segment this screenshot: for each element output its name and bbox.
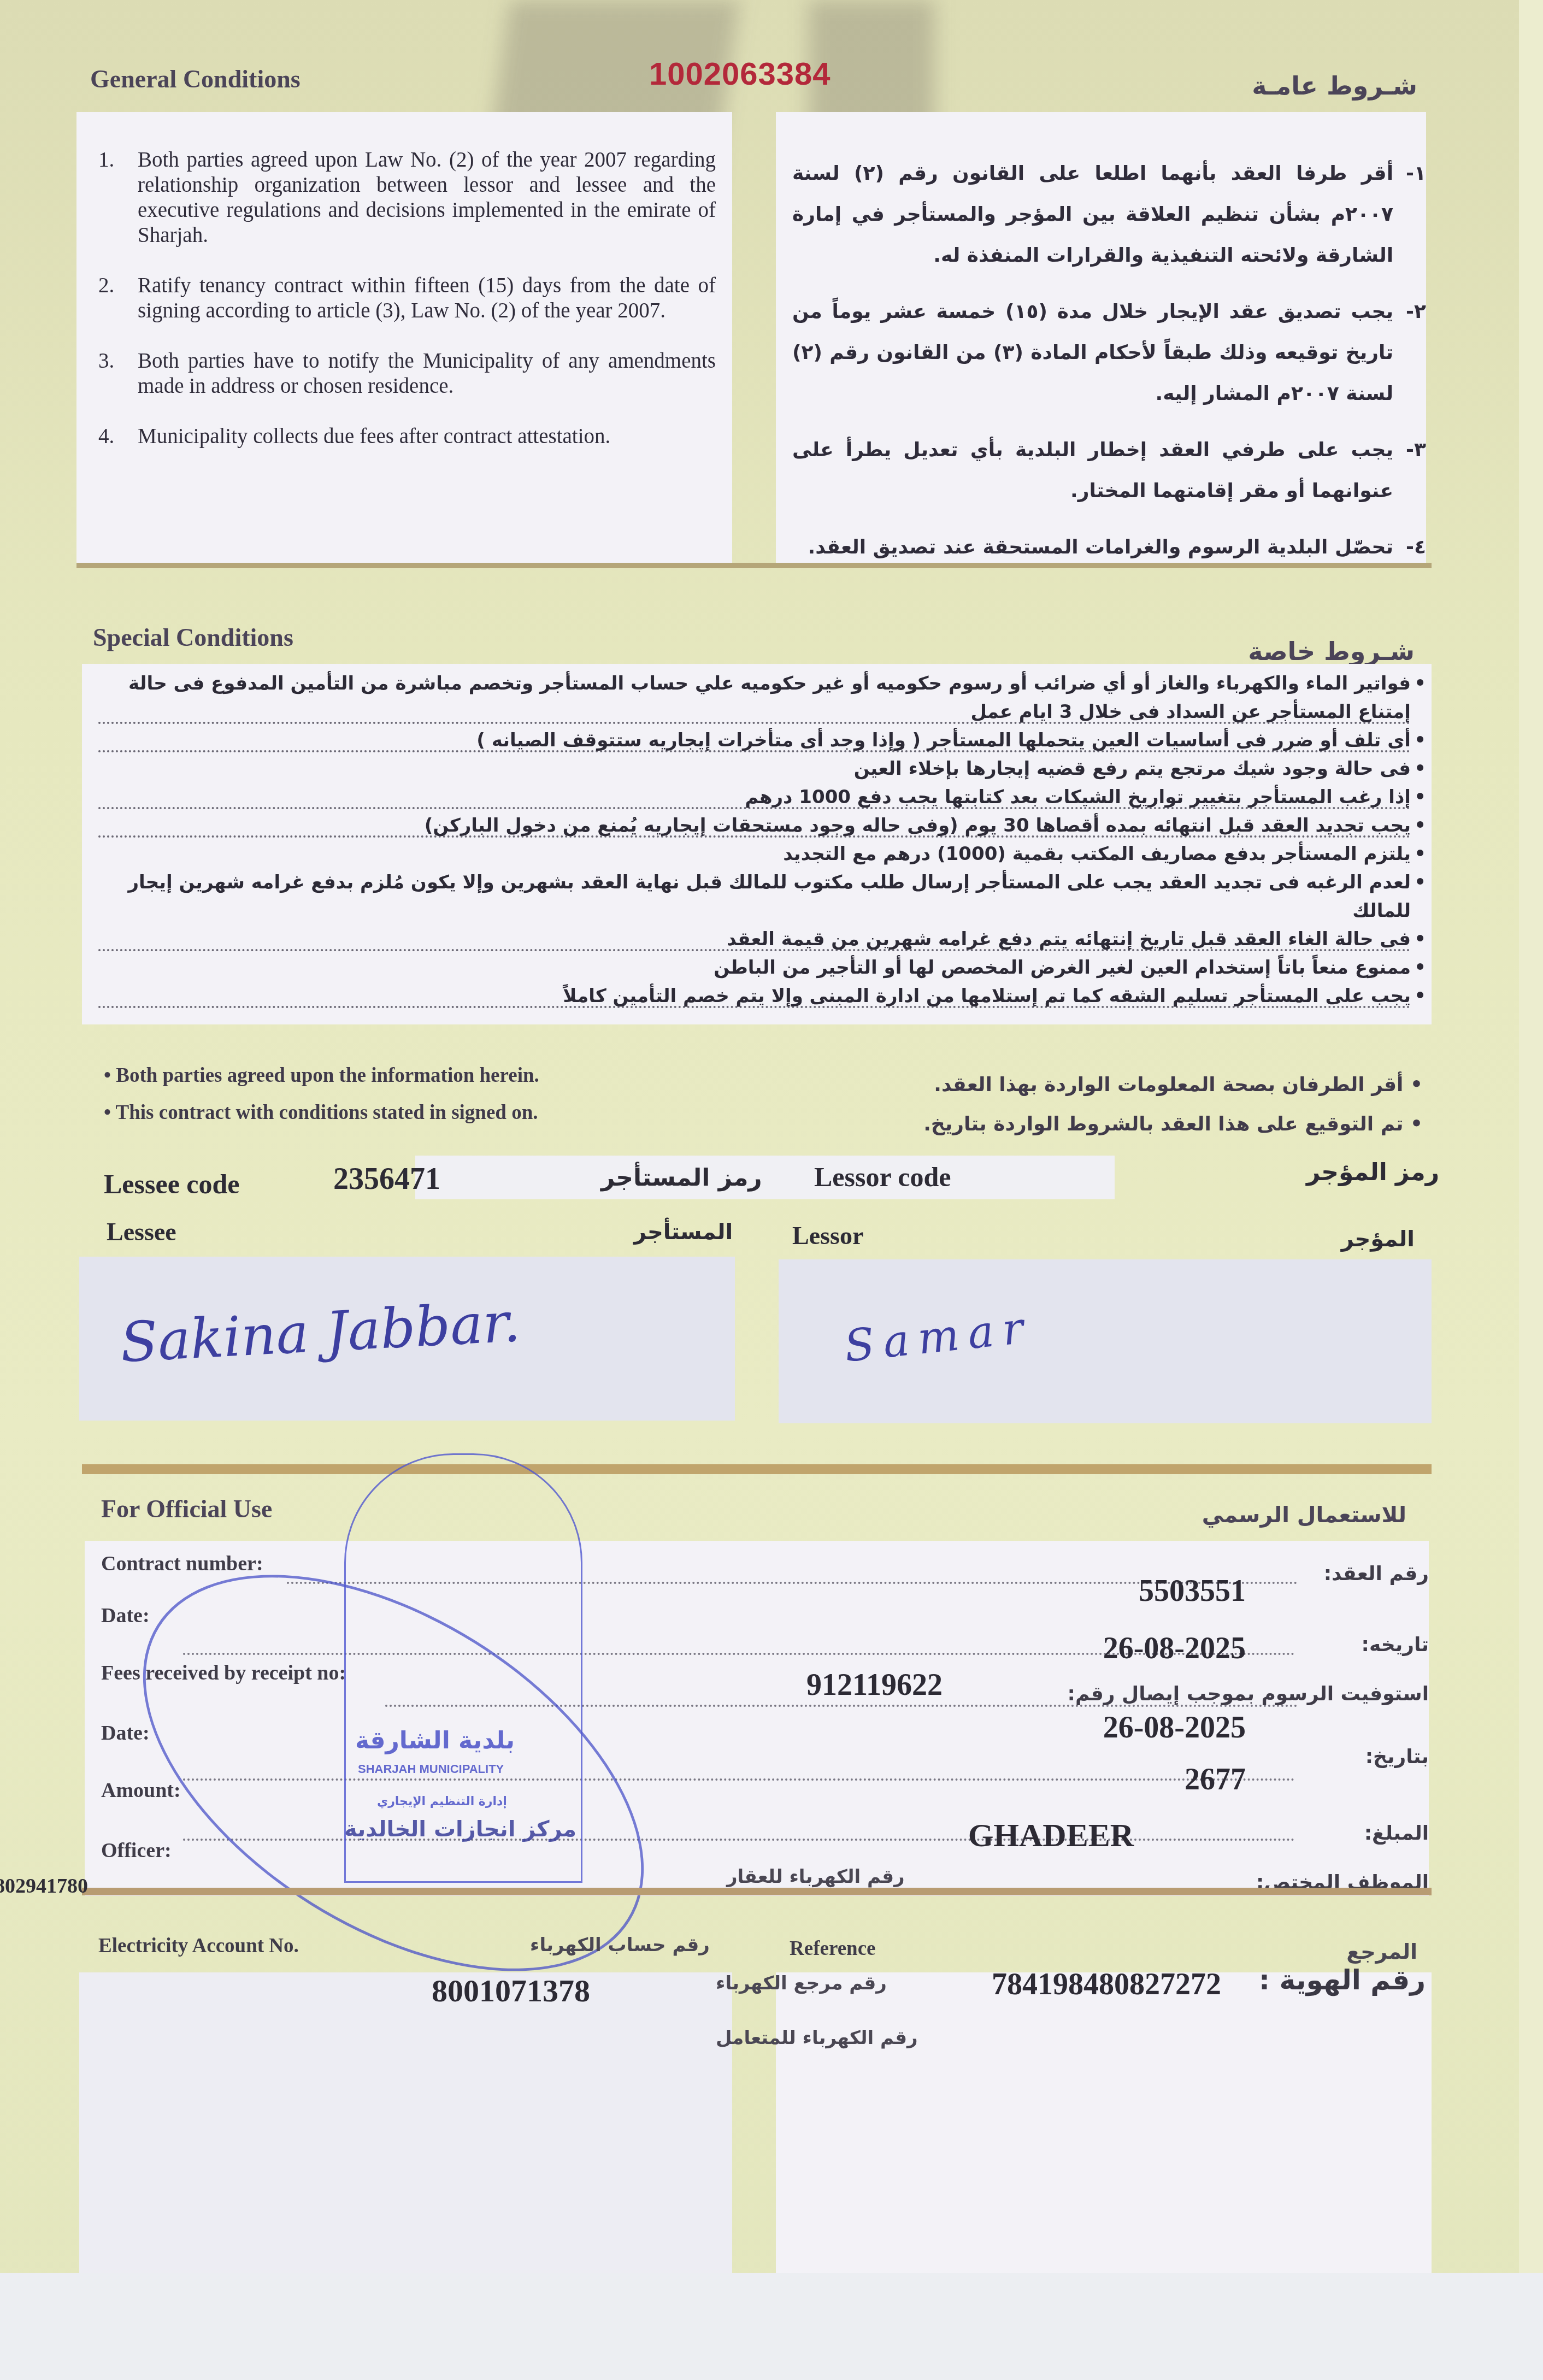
lessee-label: Lessee <box>107 1217 176 1246</box>
id-label-ar: رقم الهوية : <box>1259 1964 1426 1996</box>
agreement-statements-en: • Both parties agreed upon the informati… <box>104 1057 539 1132</box>
special-conditions-title: Special Conditions <box>93 623 293 652</box>
reference-number-label-ar: رقم مرجع الكهرباء <box>716 1972 887 1994</box>
special-condition-item: فى حالة وجود شيك مرتجع يتم رفع قضيه إيجا… <box>98 755 1426 783</box>
general-conditions-ar-list: ١-أقر طرفا العقد بأنهما اطلعا على القانو… <box>792 153 1426 583</box>
agreement-statements-ar: • أقر الطرفان بصحة المعلومات الواردة بهذ… <box>923 1065 1423 1144</box>
electricity-account-label-ar: رقم حساب الكهرباء <box>530 1934 710 1956</box>
lessor-code-label-ar: رمز المؤجر <box>1306 1158 1439 1186</box>
electricity-account-box <box>79 1972 732 2273</box>
lessee-code-label: Lessee code <box>104 1168 240 1200</box>
stamp-text: بلدية الشارقة <box>355 1727 515 1754</box>
general-conditions-title: General Conditions <box>90 64 301 93</box>
special-conditions-list: فواتير الماء والكهرباء والغاز أو أي ضرائ… <box>98 669 1426 1010</box>
special-condition-item: يجب تجديد العقد قبل انتهائه بمده أقصاها … <box>98 811 1426 838</box>
stamp-text: SHARJAH MUNICIPALITY <box>358 1762 504 1776</box>
lessee-code-value: 2356471 <box>333 1162 440 1197</box>
lessee-code-label-ar: رمز المستأجر <box>601 1164 762 1192</box>
condition-item: 2.Ratify tenancy contract within fifteen… <box>98 273 716 323</box>
special-condition-item: أى تلف أو ضرر فى أساسيات العين يتحملها ا… <box>98 726 1426 752</box>
lessor-code-label: Lessor code <box>814 1161 951 1193</box>
stamp-text: إدارة التنظيم الإيجاري <box>377 1795 507 1808</box>
property-number-side: 802941780 <box>0 1874 88 1898</box>
general-conditions-en-list: 1.Both parties agreed upon Law No. (2) o… <box>98 148 716 474</box>
condition-item: 3.Both parties have to notify the Munici… <box>98 349 716 399</box>
condition-item-ar: ٢-يجب تصديق عقد الإيجار خلال مدة (١٥) خم… <box>792 291 1426 414</box>
special-condition-item: يلتزم المستأجر بدفع مصاريف المكتب بقمية … <box>98 840 1426 868</box>
special-condition-item: يجب على المستأجر تسليم الشقه كما تم إستل… <box>98 982 1426 1008</box>
bottom-margin <box>0 2273 1543 2380</box>
special-condition-item: لعدم الرغبه فى تجديد العقد يجب على المست… <box>98 868 1426 925</box>
codes-box <box>415 1156 1115 1199</box>
official-use-title: For Official Use <box>101 1494 272 1523</box>
property-electricity-label-ar: رقم الكهرباء للعقار <box>727 1866 905 1888</box>
special-conditions-title-ar: شـروط خاصة <box>1248 637 1415 666</box>
condition-item: 1.Both parties agreed upon Law No. (2) o… <box>98 148 716 248</box>
special-condition-item: ممنوع منعاً باتاً إستخدام العين لغير الغ… <box>98 953 1426 982</box>
special-condition-item: إذا رغب المستأجر بتغيير تواريخ الشيكات ب… <box>98 783 1426 809</box>
special-condition-item: فواتير الماء والكهرباء والغاز أو أي ضرائ… <box>98 669 1426 724</box>
paper-edge <box>1519 0 1543 2273</box>
reference-box <box>776 1972 1432 2273</box>
lessor-label: Lessor <box>792 1221 863 1250</box>
special-condition-item: فى حالة الغاء العقد قبل تاريخ إنتهائه يت… <box>98 925 1426 951</box>
electricity-account-label: Electricity Account No. <box>98 1934 299 1958</box>
id-value: 784198480827272 <box>992 1967 1221 2002</box>
official-use-title-ar: للاستعمال الرسمي <box>1202 1503 1406 1528</box>
condition-item: 4.Municipality collects due fees after c… <box>98 424 716 449</box>
condition-item-ar: ٤-تحصّل البلدية الرسوم والغرامات المستحق… <box>792 527 1426 568</box>
dealer-electricity-label-ar: رقم الكهرباء للمتعامل <box>716 2027 918 2049</box>
section-divider-bottom <box>82 1888 1432 1895</box>
lessor-label-ar: المؤجر <box>1341 1227 1415 1252</box>
section-divider <box>82 1464 1432 1474</box>
reference-label: Reference <box>790 1937 876 1960</box>
reference-label-ar: المرجع <box>1346 1940 1417 1964</box>
electricity-account-value: 8001071378 <box>432 1972 590 2009</box>
lessee-label-ar: المستأجر <box>634 1220 733 1245</box>
serial-number: 1002063384 <box>649 56 831 92</box>
tenancy-contract-page: General Conditions 1002063384 شـروط عامـ… <box>0 0 1543 2380</box>
condition-item-ar: ٣-يجب على طرفي العقد إخطار البلدية بأي ت… <box>792 429 1426 511</box>
condition-item-ar: ١-أقر طرفا العقد بأنهما اطلعا على القانو… <box>792 153 1426 276</box>
stamp-text: مركز انجازات الخالدية <box>344 1817 576 1842</box>
general-conditions-title-ar: شـروط عامـة <box>1252 71 1417 101</box>
